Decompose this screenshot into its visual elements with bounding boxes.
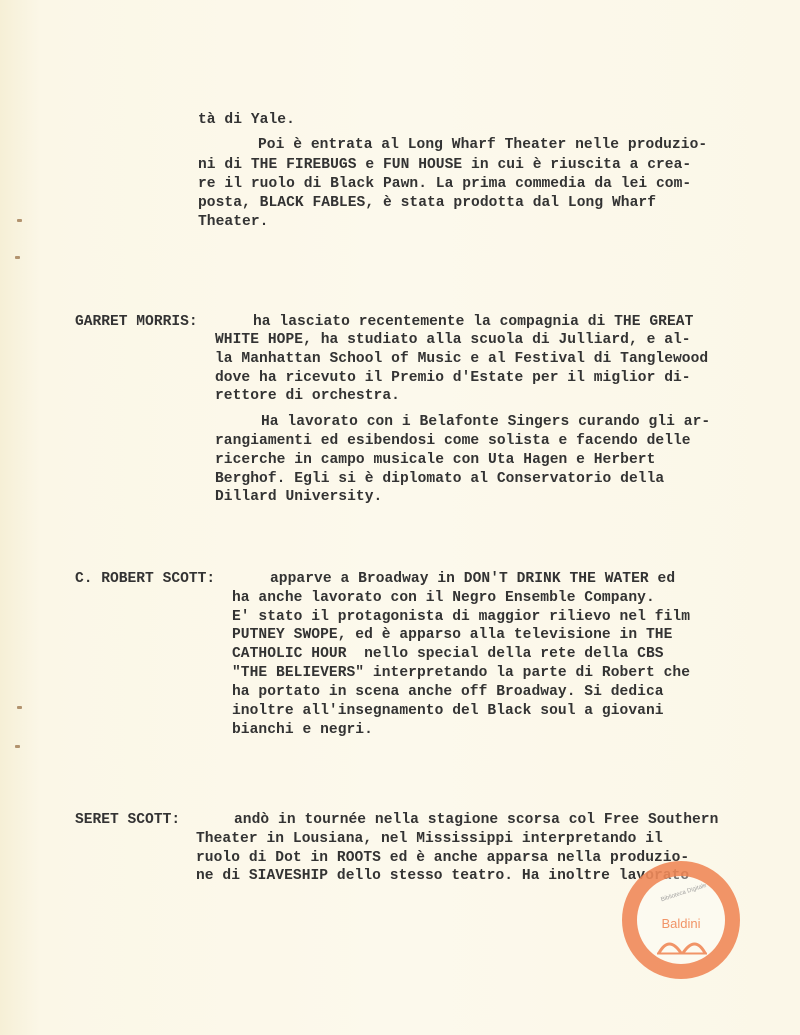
intro-line: re il ruolo di Black Pawn. La prima comm… bbox=[198, 175, 691, 193]
entry-line: andò in tournée nella stagione scorsa co… bbox=[234, 811, 718, 829]
entry-line: ha lasciato recentemente la compagnia di… bbox=[253, 313, 693, 331]
entry-line: "THE BELIEVERS" interpretando la parte d… bbox=[232, 664, 690, 682]
entry-name-c-robert-scott: C. ROBERT SCOTT: bbox=[75, 570, 215, 588]
entry-line: rangiamenti ed esibendosi come solista e… bbox=[215, 432, 691, 450]
entry-line: PUTNEY SWOPE, ed è apparso alla televisi… bbox=[232, 626, 672, 644]
entry-line: Theater in Lousiana, nel Mississippi int… bbox=[196, 830, 663, 848]
entry-line: apparve a Broadway in DON'T DRINK THE WA… bbox=[270, 570, 675, 588]
entry-line: E' stato il protagonista di maggior rili… bbox=[232, 608, 690, 626]
entry-line: ricerche in campo musicale con Uta Hagen… bbox=[215, 451, 655, 469]
entry-line: Dillard University. bbox=[215, 488, 382, 506]
intro-line: posta, BLACK FABLES, è stata prodotta da… bbox=[198, 194, 656, 212]
entry-line: inoltre all'insegnamento del Black soul … bbox=[232, 702, 664, 720]
punch-hole-mark bbox=[15, 256, 20, 259]
entry-line: CATHOLIC HOUR nello special della rete d… bbox=[232, 645, 664, 663]
entry-line: dove ha ricevuto il Premio d'Estate per … bbox=[215, 369, 691, 387]
entry-line: la Manhattan School of Music e al Festiv… bbox=[215, 350, 708, 368]
entry-line: bianchi e negri. bbox=[232, 721, 373, 739]
punch-hole-mark bbox=[17, 706, 22, 709]
entry-name-seret-scott: SERET SCOTT: bbox=[75, 811, 180, 829]
watermark-brand: Baldini bbox=[637, 916, 725, 931]
document-page: tà di Yale. Poi è entrata al Long Wharf … bbox=[0, 0, 800, 1035]
intro-line: Theater. bbox=[198, 213, 268, 231]
intro-line: Poi è entrata al Long Wharf Theater nell… bbox=[258, 136, 707, 154]
entry-name-garret-morris: GARRET MORRIS: bbox=[75, 313, 198, 331]
entry-line: Ha lavorato con i Belafonte Singers cura… bbox=[261, 413, 710, 431]
entry-line: Berghof. Egli si è diplomato al Conserva… bbox=[215, 470, 664, 488]
entry-line: ne di SIAVESHIP dello stesso teatro. Ha … bbox=[196, 867, 689, 885]
entry-line: ha anche lavorato con il Negro Ensemble … bbox=[232, 589, 655, 607]
entry-line: rettore di orchestra. bbox=[215, 387, 400, 405]
intro-line: ni di THE FIREBUGS e FUN HOUSE in cui è … bbox=[198, 156, 691, 174]
entry-line: WHITE HOPE, ha studiato alla scuola di J… bbox=[215, 331, 691, 349]
watermark-subtitle: Biblioteca Digitale bbox=[659, 882, 709, 904]
entry-line: ruolo di Dot in ROOTS ed è anche apparsa… bbox=[196, 849, 689, 867]
baldini-watermark-stamp: Biblioteca Digitale Baldini bbox=[622, 861, 740, 979]
entry-line: ha portato in scena anche off Broadway. … bbox=[232, 683, 664, 701]
book-logo-icon bbox=[657, 933, 707, 955]
intro-line: tà di Yale. bbox=[198, 111, 295, 129]
punch-hole-mark bbox=[17, 219, 22, 222]
punch-hole-mark bbox=[15, 745, 20, 748]
